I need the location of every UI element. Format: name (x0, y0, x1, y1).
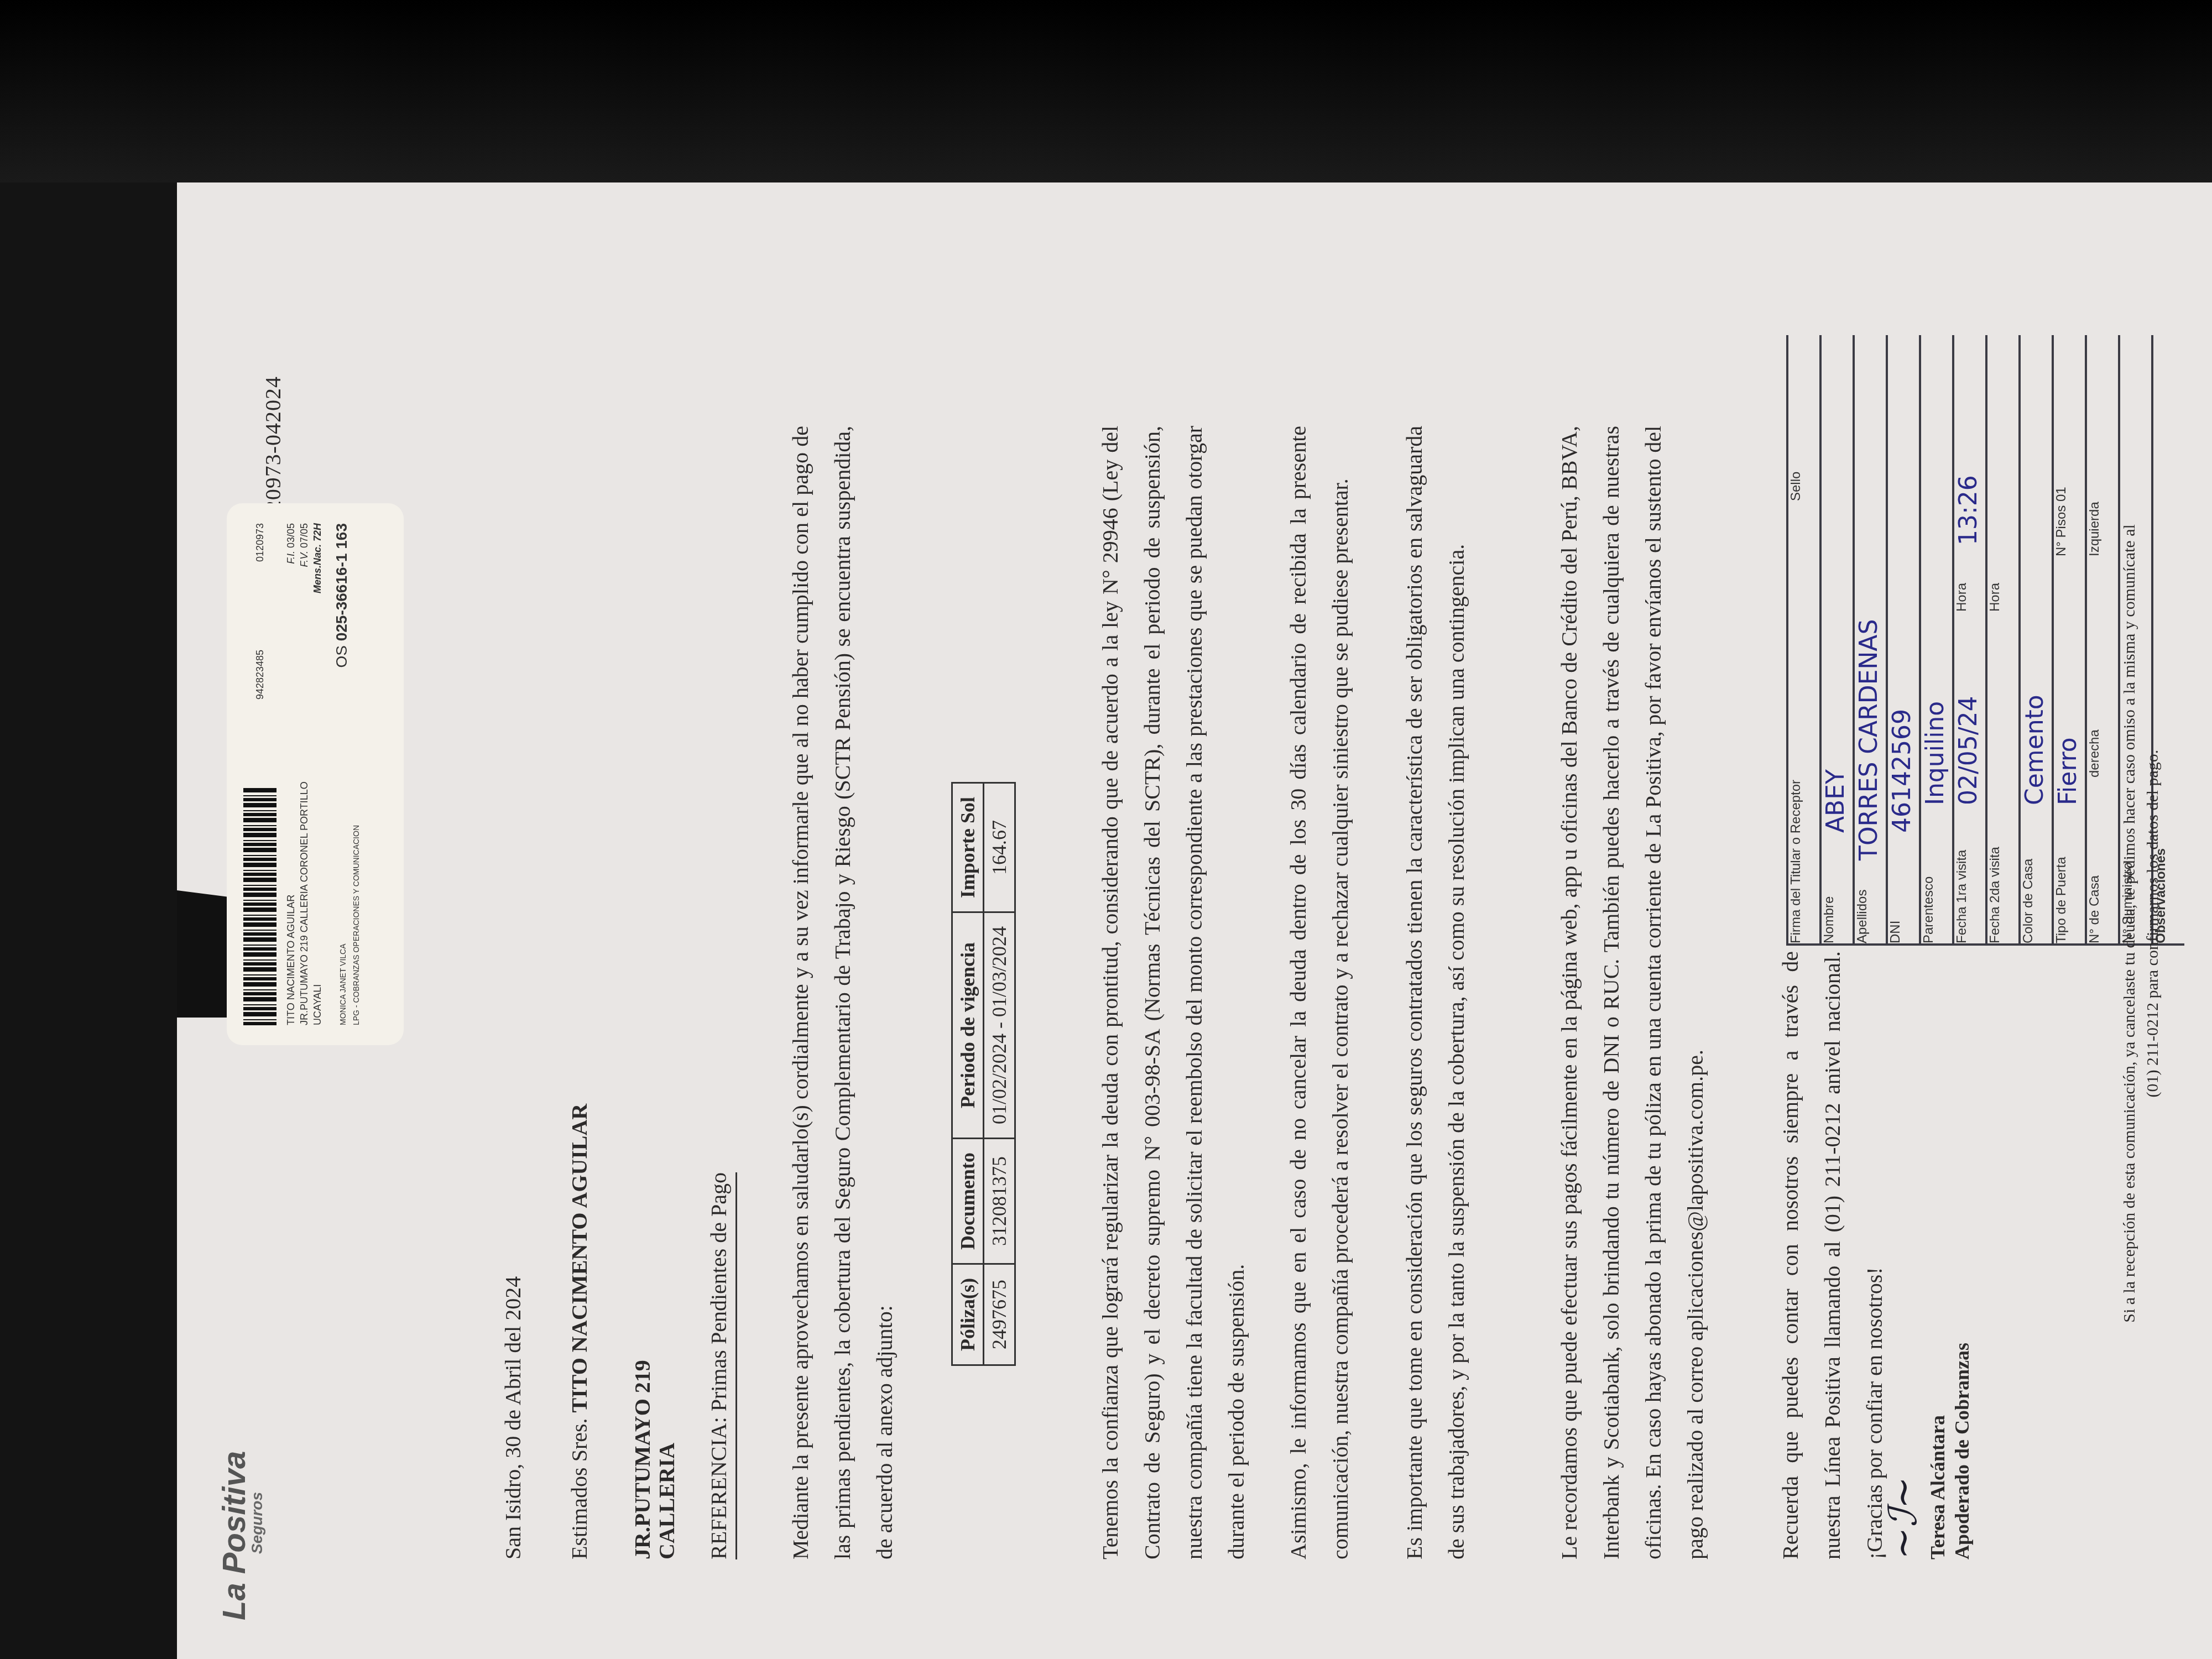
address-line-1: JR.PUTUMAYO 219 (630, 1360, 655, 1559)
paragraph-3: Es importante que tome en consideración … (1394, 426, 1478, 1559)
barcode-number: 942823485 (254, 650, 266, 700)
address-line-2: CALLERIA (655, 1360, 679, 1559)
form-value-color: Cemento (2021, 695, 2049, 805)
table-cell: 164.67 (984, 783, 1015, 912)
footer-line-2: (01) 211-0212 para confirmarnos los dato… (2141, 371, 2164, 1477)
sticker-agent: MONICA JANET VILCA (336, 781, 349, 1025)
fi-label: F.I. (285, 551, 296, 564)
fv-value: 07/05 (299, 523, 310, 548)
form-label-dni: DNI (1888, 921, 1903, 943)
table-cell: 312081375 (984, 1139, 1015, 1264)
form-label-nombre: Nombre (1822, 896, 1837, 943)
form-value-fecha1: 02/05/24 (1954, 696, 1983, 805)
table-header: Documento (952, 1139, 984, 1264)
form-value-nombre: ABEY (1822, 769, 1850, 833)
form-label-num-casa: N° de Casa (2087, 875, 2102, 943)
intro-paragraph: Mediante la presente aprovechamos en sal… (780, 426, 906, 1559)
form-label-parentesco: Parentesco (1921, 877, 1936, 943)
form-label-hora2: Hora (1987, 583, 2003, 612)
fv-label: F.V. (299, 551, 310, 567)
reference: REFERENCIA: Primas Pendientes de Pago (702, 1172, 737, 1559)
fi-value: 03/05 (285, 523, 296, 548)
greeting-prefix: Estimados Sres. (567, 1418, 592, 1559)
sticker-region: UCAYALI (311, 781, 324, 1025)
form-label-firma: Firma del Titular o Receptor (1788, 780, 1803, 943)
form-value-hora1: 13:26 (1954, 475, 1983, 545)
recipient-name: TITO NACIMENTO AGUILAR (567, 1104, 592, 1413)
footer-note: Si a la recepción de esta comunicación, … (2118, 371, 2164, 1477)
paragraph-2: Asimismo, le informamos que en el caso d… (1277, 426, 1361, 1559)
company-logo: La Positiva Seguros (216, 1451, 266, 1620)
os-suffix: 163 (333, 523, 350, 549)
form-label-apellidos: Apellidos (1855, 890, 1870, 943)
footer-line-1: Si a la recepción de esta comunicación, … (2118, 371, 2141, 1477)
form-label-fecha2: Fecha 2da visita (1987, 847, 2002, 943)
form-label-fecha1: Fecha 1ra visita (1954, 850, 1969, 943)
logo-text: La Positiva (216, 1451, 252, 1620)
signer-title: Apoderado de Cobranzas (1950, 1343, 1974, 1559)
letter-page: La Positiva Seguros RESOL-18-0120973-042… (194, 194, 2184, 1642)
form-value-parentesco: Inquilino (1921, 701, 1949, 805)
form-label-color: Color de Casa (2021, 859, 2036, 943)
os-label: OS (333, 645, 350, 667)
form-label-puerta: Tipo de Puerta (2054, 857, 2069, 943)
sticker-code: 0120973 (254, 523, 266, 562)
recipient-address: JR.PUTUMAYO 219 CALLERIA (630, 1360, 679, 1559)
table-header: Póliza(s) (952, 1264, 984, 1365)
service-type: Mens.Nac. 72H (311, 523, 324, 668)
mailing-label: 942823485 0120973 TITO NACIMENTO AGUILAR… (227, 503, 404, 1045)
sticker-address: JR.PUTUMAYO 219 CALLERIA CORONEL PORTILL… (298, 781, 311, 1025)
table-header: Periodo de vigencia (952, 912, 984, 1139)
debt-table: Póliza(s)DocumentoPeriodo de vigenciaImp… (951, 782, 1016, 1366)
background-dark-area (0, 0, 2212, 182)
form-label-pisos: N° Pisos (2054, 505, 2069, 556)
signature-block: ~ℐ~ Teresa Alcántara Apoderado de Cobran… (1880, 1343, 1974, 1559)
barcode (243, 787, 276, 1025)
place-date: San Isidro, 30 de Abril del 2024 (492, 1276, 534, 1559)
signer-name: Teresa Alcántara (1926, 1343, 1950, 1559)
table-cell: 2497675 (984, 1264, 1015, 1365)
table-row: 249767531208137501/02/2024 - 01/03/20241… (984, 783, 1015, 1365)
debt-table-wrapper: Póliza(s)DocumentoPeriodo de vigenciaImp… (951, 782, 1016, 1366)
paragraph-1: Tenemos la confianza que logrará regular… (1089, 426, 1258, 1559)
os-value: 025-36616-1 (333, 554, 350, 641)
signature-scribble: ~ℐ~ (1880, 1343, 1926, 1559)
table-cell: 01/02/2024 - 01/03/2024 (984, 912, 1015, 1139)
form-value-puerta: Fierro (2054, 737, 2082, 805)
form-label-sello: Sello (1788, 472, 1804, 501)
form-label-hora1: Hora (1954, 583, 1970, 612)
paragraph-4: Le recordamos que puede efectuar sus pag… (1548, 426, 1717, 1559)
paragraph-5: Recuerda que puedes contar con nosotros … (1770, 951, 1896, 1559)
form-value-dni: 46142569 (1888, 709, 1916, 833)
table-header: Importe Sol (952, 783, 984, 912)
document-sheet: La Positiva Seguros RESOL-18-0120973-042… (177, 182, 2212, 1659)
form-value-apellidos: TORRES CARDENAS (1855, 619, 1883, 860)
sticker-recipient: TITO NACIMENTO AGUILAR (284, 781, 298, 1025)
form-value-pisos: 01 (2054, 487, 2069, 502)
form-label-izquierda: Izquierda (2087, 502, 2103, 556)
sticker-department: LPG - COBRANZAS OPERACIONES Y COMUNICACI… (349, 781, 363, 1025)
form-label-derecha: derecha (2087, 729, 2103, 778)
greeting: Estimados Sres. TITO NACIMENTO AGUILAR (559, 1104, 601, 1559)
